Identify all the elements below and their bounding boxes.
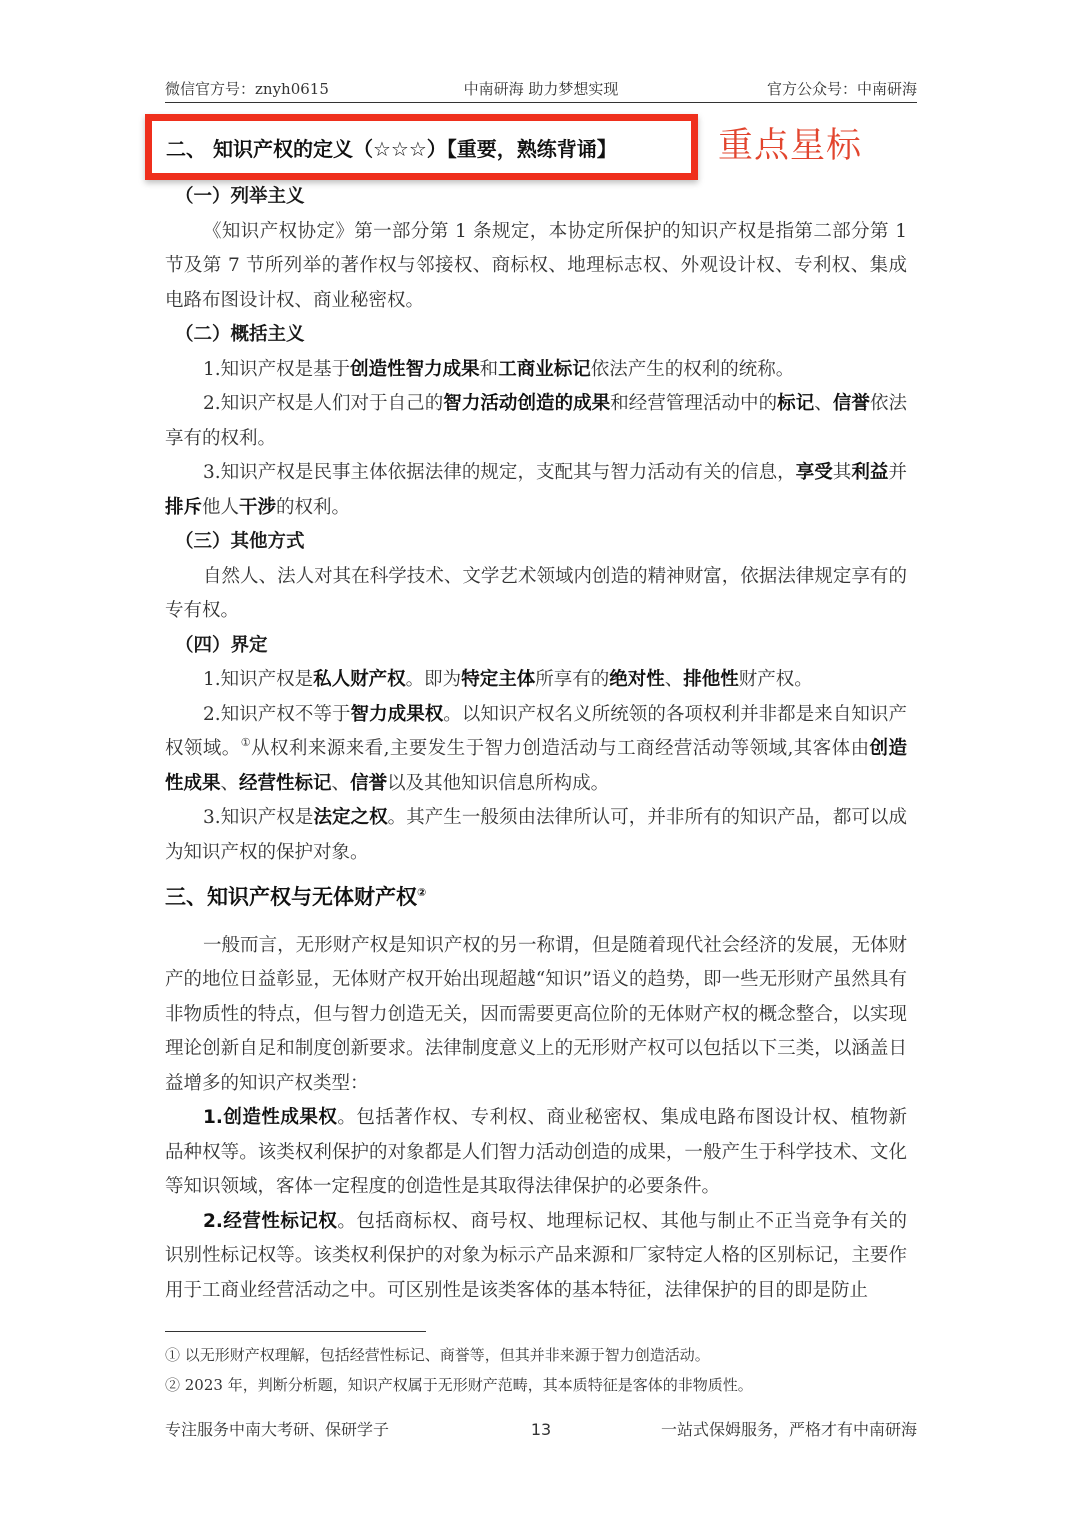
subheading-enumeration: （一）列举主义 xyxy=(165,180,907,215)
paragraph-generalization-2: 2.知识产权是人们对于自己的智力活动创造的成果和经营管理活动中的标记、信誉依法享… xyxy=(165,387,907,456)
highlight-box: 二、 知识产权的定义（☆☆☆）【重要，熟练背诵】 xyxy=(145,114,698,180)
subheading-other-methods: （三）其他方式 xyxy=(165,525,907,560)
paragraph-delimitation-3: 3.知识产权是法定之权。其产生一般须由法律所认可，并非所有的知识产品，都可以成为… xyxy=(165,801,907,870)
header-wechat-id: 微信官方号：znyh0615 xyxy=(165,78,329,100)
paragraph-creative-achievement-right: 1.创造性成果权。包括著作权、专利权、商业秘密权、集成电路布图设计权、植物新品种… xyxy=(165,1101,907,1205)
footnote-2: ② 2023 年，判断分析题，知识产权属于无形财产范畴，其本质特征是客体的非物质… xyxy=(165,1370,925,1400)
subheading-generalization: （二）概括主义 xyxy=(165,318,907,353)
footnote-divider xyxy=(165,1331,426,1332)
paragraph-delimitation-1: 1.知识产权是私人财产权。即为特定主体所享有的绝对性、排他性财产权。 xyxy=(165,663,907,698)
paragraph-generalization-3: 3.知识产权是民事主体依据法律的规定，支配其与智力活动有关的信息，享受其利益并排… xyxy=(165,456,907,525)
paragraph-business-mark-right: 2.经营性标记权。包括商标权、商号权、地理标记权、其他与制止不正当竞争有关的识别… xyxy=(165,1205,907,1309)
page-number: 13 xyxy=(531,1417,551,1443)
footer-left-slogan: 专注服务中南大考研、保研学子 xyxy=(165,1417,389,1443)
header-slogan: 中南研海 助力梦想实现 xyxy=(464,78,619,100)
page-content: （一）列举主义 《知识产权协定》第一部分第 1 条规定，本协定所保护的知识产权是… xyxy=(165,180,907,1308)
key-star-annotation: 重点星标 xyxy=(718,118,862,168)
paragraph-intangible-intro: 一般而言，无形财产权是知识产权的另一称谓，但是随着现代社会经济的发展，无体财产的… xyxy=(165,929,907,1102)
footnote-1: ① 以无形财产权理解，包括经营性标记、商誉等，但其并非来源于智力创造活动。 xyxy=(165,1340,925,1370)
footer-right-slogan: 一站式保姆服务，严格才有中南研海 xyxy=(661,1417,917,1443)
page-header: 微信官方号：znyh0615 中南研海 助力梦想实现 官方公众号：中南研海 xyxy=(165,78,917,103)
footnote-ref-1[interactable]: ① xyxy=(241,736,251,749)
paragraph-generalization-1: 1.知识产权是基于创造性智力成果和工商业标记依法产生的权利的统称。 xyxy=(165,353,907,388)
paragraph-delimitation-2: 2.知识产权不等于智力成果权。以知识产权名义所统领的各项权利并非都是来自知识产权… xyxy=(165,698,907,802)
footnote-ref-2[interactable]: ② xyxy=(417,886,426,899)
paragraph-other-methods: 自然人、法人对其在科学技术、文学艺术领域内创造的精神财富，依据法律规定享有的专有… xyxy=(165,560,907,629)
page-footer: 专注服务中南大考研、保研学子 13 一站式保姆服务，严格才有中南研海 xyxy=(165,1417,917,1443)
paragraph-enumeration: 《知识产权协定》第一部分第 1 条规定，本协定所保护的知识产权是指第二部分第 1… xyxy=(165,215,907,319)
header-official-account: 官方公众号：中南研海 xyxy=(767,78,917,100)
section-heading-intangible-property: 三、知识产权与无体财产权② xyxy=(165,870,907,929)
footnotes: ① 以无形财产权理解，包括经营性标记、商誉等，但其并非来源于智力创造活动。 ② … xyxy=(165,1340,925,1400)
section-heading-definition: 二、 知识产权的定义（☆☆☆）【重要，熟练背诵】 xyxy=(166,133,617,162)
subheading-delimitation: （四）界定 xyxy=(165,629,907,664)
